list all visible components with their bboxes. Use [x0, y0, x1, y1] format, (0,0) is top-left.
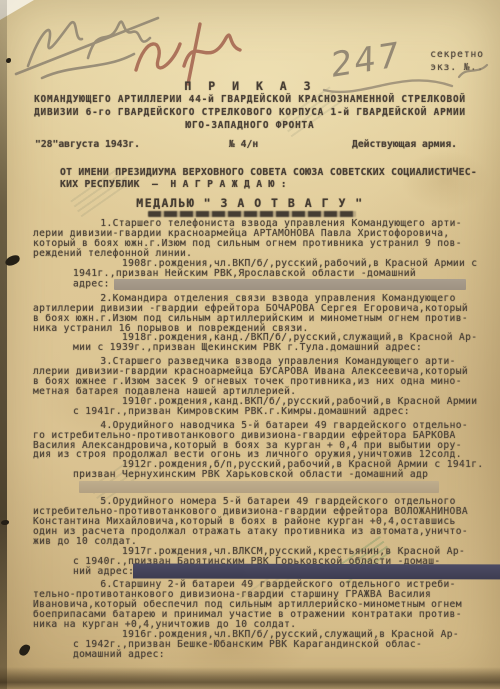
entry-details-text: 1918г.рождения,канд./ВКП/б/,русский,служ…: [73, 332, 477, 353]
entry-4-barkov: 4.Орудийного наводчика 5-й батареи 49 гв…: [33, 421, 491, 493]
entry-body: 4.Орудийного наводчика 5-й батареи 49 гв…: [33, 421, 491, 461]
entry-3-busarov: 3.Старшего разведчика взвода управления …: [33, 357, 491, 416]
entry-details: 1916г.рождения,чл.ВКП/б/,русский,служащи…: [73, 630, 491, 660]
secrecy-stamp: секретно экз. №..: [430, 48, 484, 74]
entry-details: 1917г.рождения,чл.ВЛКСМ,русский,крестьян…: [73, 547, 491, 577]
entry-body: 2.Командира отделения связи взвода управ…: [33, 294, 491, 334]
award-preamble: ОТ ИМЕНИ ПРЕЗИДИУМА ВЕРХОВНОГО СОВЕТА СО…: [60, 167, 490, 191]
order-title: П Р И К А З: [0, 79, 500, 93]
ink-blot: [1, 520, 9, 525]
order-date: "28"августа 1943г.: [35, 139, 140, 150]
award-entries: 1.Старшего телефониста взвода управления…: [33, 219, 491, 664]
entry-details-text: 1910г.рождения,канд.ВКП/б/,русский,рабоч…: [73, 396, 477, 417]
ink-blot: [6, 58, 11, 63]
entry-2-bocharov: 2.Командира отделения связи взвода управ…: [33, 294, 491, 353]
entry-details-text: 1912г.рождения,б/п,русский,рабочий,в Кра…: [73, 459, 483, 480]
award-medal-title: МЕДАЛЬЮ " З А О Т В А Г У ": [0, 196, 500, 210]
issuing-authority: КОМАНДУЮЩЕГО АРТИЛЛЕРИИ 44-й ГВАРДЕЙСКОЙ…: [0, 94, 500, 132]
entry-details: 1908г.рождения,чл.ВКП/б/,русский,рабочий…: [73, 259, 491, 290]
army-location: Действующая армия.: [352, 139, 457, 150]
copy-label: экз. №..: [430, 61, 484, 74]
entry-6-grazhva: 6.Старшину 2-й батареи 49 гвардейского о…: [33, 580, 491, 659]
redaction-bar-tan: [79, 481, 439, 493]
entry-body: 6.Старшину 2-й батареи 49 гвардейского о…: [33, 580, 491, 630]
award-underline: [148, 211, 356, 217]
redaction-bar-dark: [133, 564, 500, 580]
scanned-order-page: { "stamps": { "copy_number_handwritten":…: [0, 0, 500, 689]
entry-1-artamonov: 1.Старшего телефониста взвода управления…: [33, 219, 491, 290]
entry-body: 1.Старшего телефониста взвода управления…: [33, 219, 491, 259]
ink-blot: [18, 643, 31, 658]
secrecy-label: секретно: [430, 48, 484, 61]
redaction-bar-grey: [114, 279, 466, 290]
document-paper: 247 секретно экз. №.. П Р И К А З КОМАНД…: [0, 0, 500, 689]
entry-5-volozhaninov: 5.Орудийного номера 5-й батареи 49 гвард…: [33, 497, 491, 576]
entry-body: 5.Орудийного номера 5-й батареи 49 гвард…: [33, 497, 491, 547]
entry-details: 1910г.рождения,канд.ВКП/б/,русский,рабоч…: [73, 397, 491, 417]
entry-details: 1912г.рождения,б/п,русский,рабочий,в Кра…: [73, 460, 491, 493]
order-number: № 4/н: [229, 139, 258, 150]
entry-details: 1918г.рождения,канд./ВКП/б/,русский,служ…: [73, 333, 491, 353]
entry-details-text: 1916г.рождения,чл.ВКП/б/,русский,служащи…: [73, 629, 459, 660]
scan-bottom-shadow: [0, 667, 500, 689]
entry-body: 3.Старшего разведчика взвода управления …: [33, 357, 491, 397]
